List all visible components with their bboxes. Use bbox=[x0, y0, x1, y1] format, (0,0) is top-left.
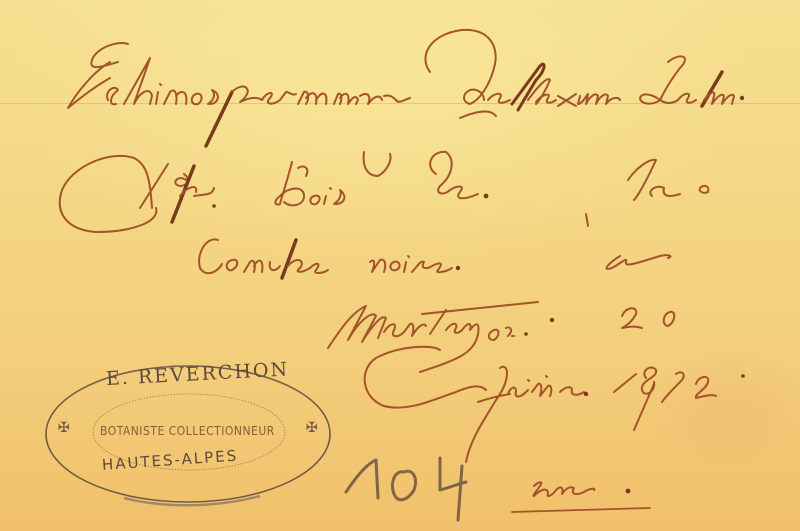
collector-stamp: E. REVERCHON BOTANISTE COLLECTIONNEUR HA… bbox=[44, 362, 332, 512]
cross-ornament-icon: ✠ bbox=[58, 420, 70, 436]
cross-ornament-icon: ✠ bbox=[306, 420, 318, 436]
stamp-collector-role: BOTANISTE COLLECTIONNEUR bbox=[100, 424, 275, 438]
